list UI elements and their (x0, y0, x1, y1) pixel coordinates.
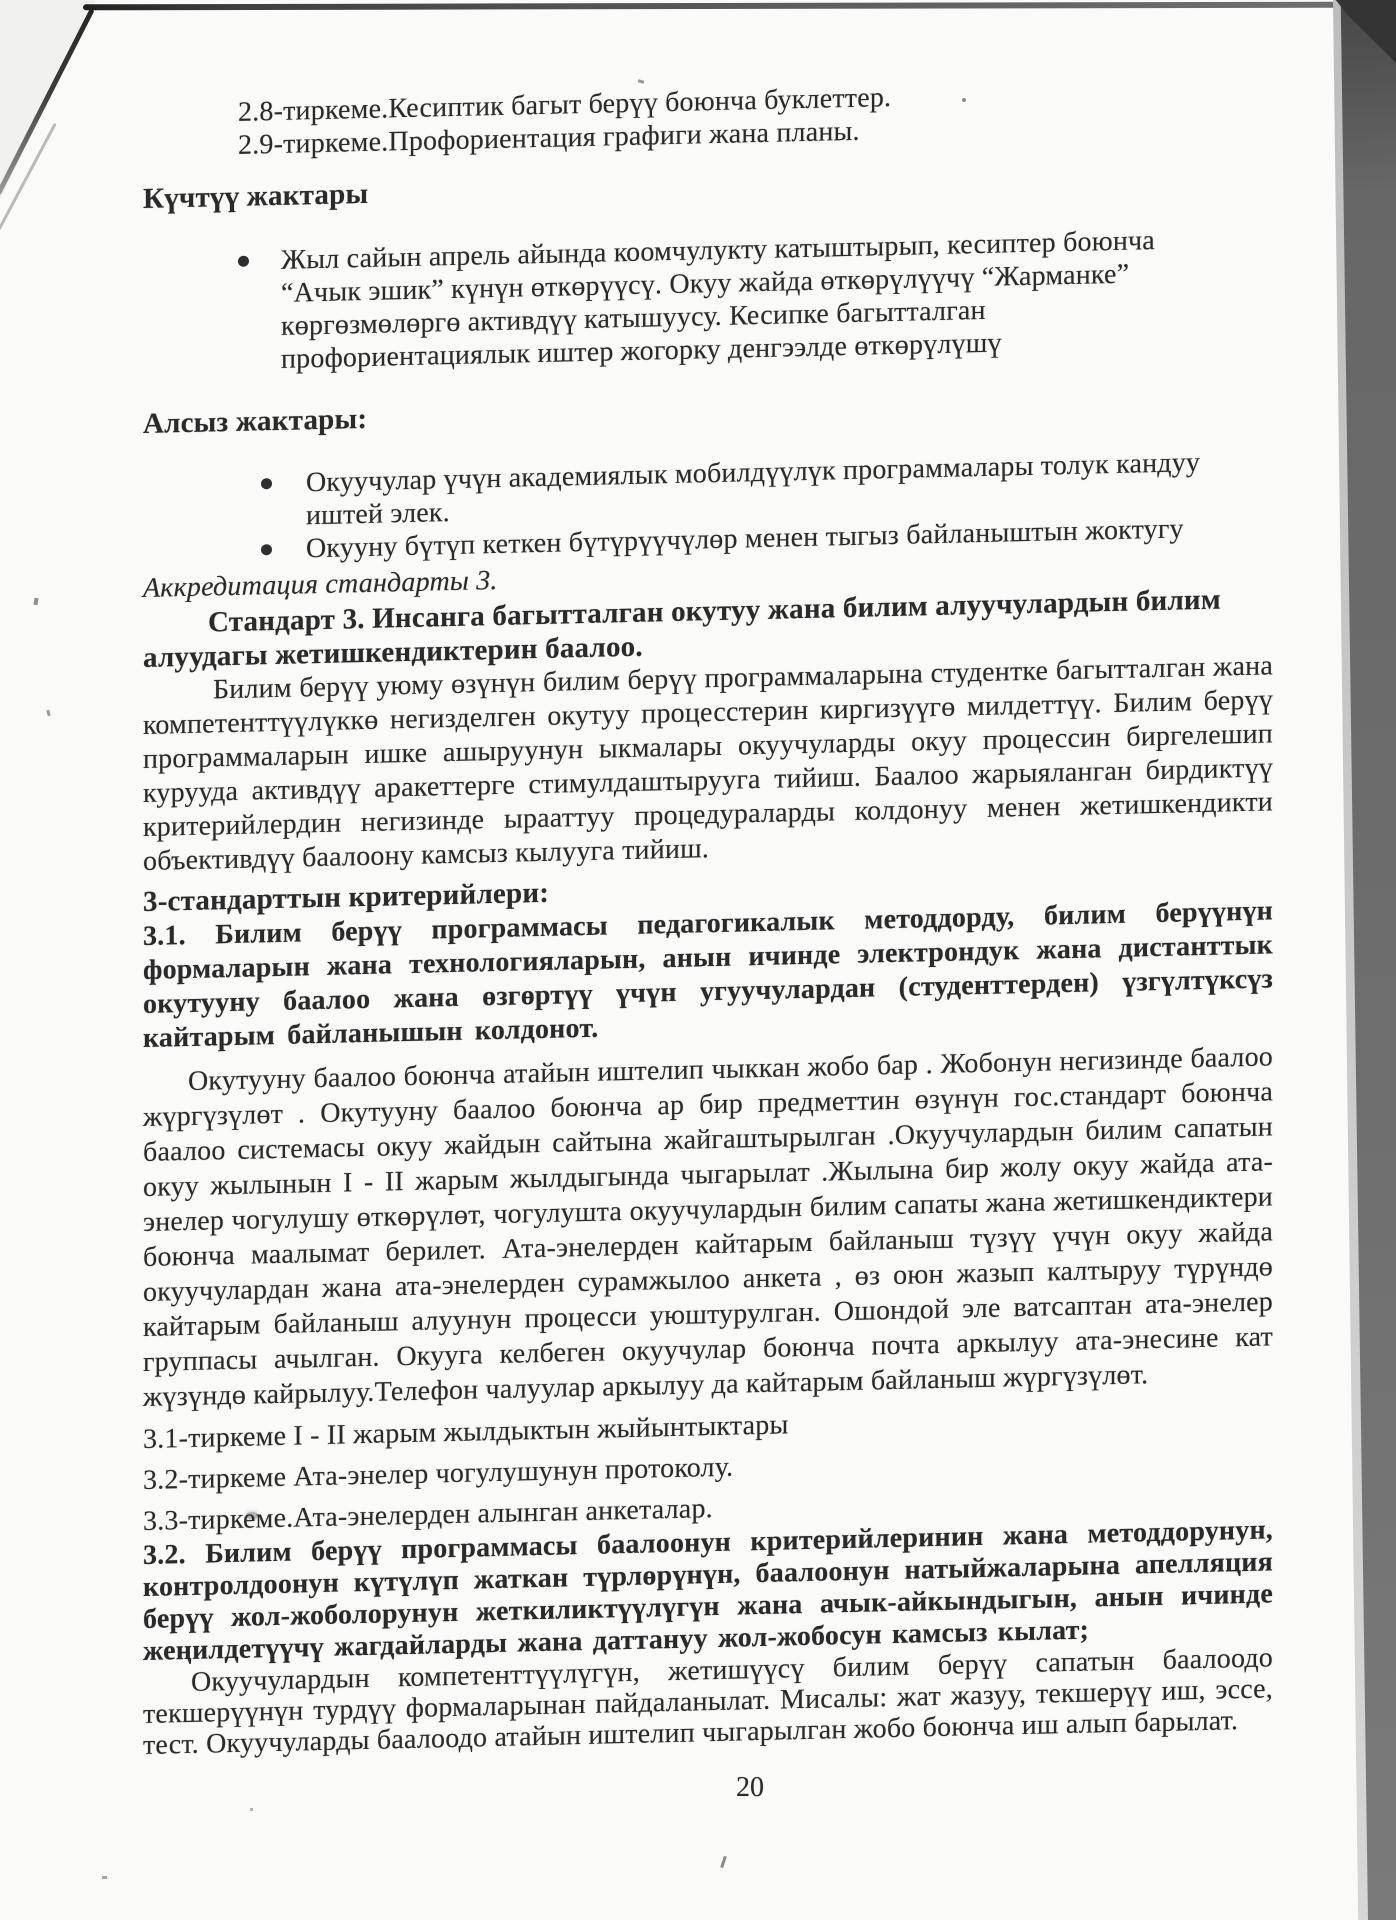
bullet-icon (261, 478, 272, 489)
standard3-intro-paragraph: Билим берүү уюму өзүнүн билим берүү прог… (143, 649, 1273, 879)
weaknesses-heading: Алсыз жактары: (143, 382, 1273, 441)
criterion-3-2-statement: 3.2. Билим берүү программасы баалоонун к… (143, 1514, 1273, 1668)
scan-speck (102, 1876, 107, 1879)
document-body: 2.8-тиркеме.Кесиптик багыт берүү боюнча … (143, 72, 1273, 1761)
scan-speck (46, 710, 50, 717)
strengths-list-item: Жыл сайын апрель айында коомчулукту каты… (143, 221, 1273, 379)
bullet-icon (261, 544, 272, 555)
criterion-3-1-body: Окутууну баалоо боюнча атайын иштелип чы… (143, 1039, 1273, 1415)
strengths-heading: Күчтүү жактары (143, 157, 1273, 216)
strengths-item-text: Жыл сайын апрель айында коомчулукту каты… (281, 222, 1241, 376)
criterion-3-1-statement: 3.1. Билим берүү программасы педагогикал… (143, 894, 1273, 1056)
scan-speck (250, 1808, 253, 1811)
scan-speck (720, 1856, 727, 1868)
scanned-document-page: 2.8-тиркеме.Кесиптик багыт берүү боюнча … (0, 0, 1396, 1920)
scan-top-edge-shadow (83, 2, 1341, 11)
bullet-icon (238, 256, 249, 267)
scan-speck (638, 79, 645, 83)
scan-speck (33, 598, 38, 606)
page-number: 20 (690, 1772, 810, 1804)
